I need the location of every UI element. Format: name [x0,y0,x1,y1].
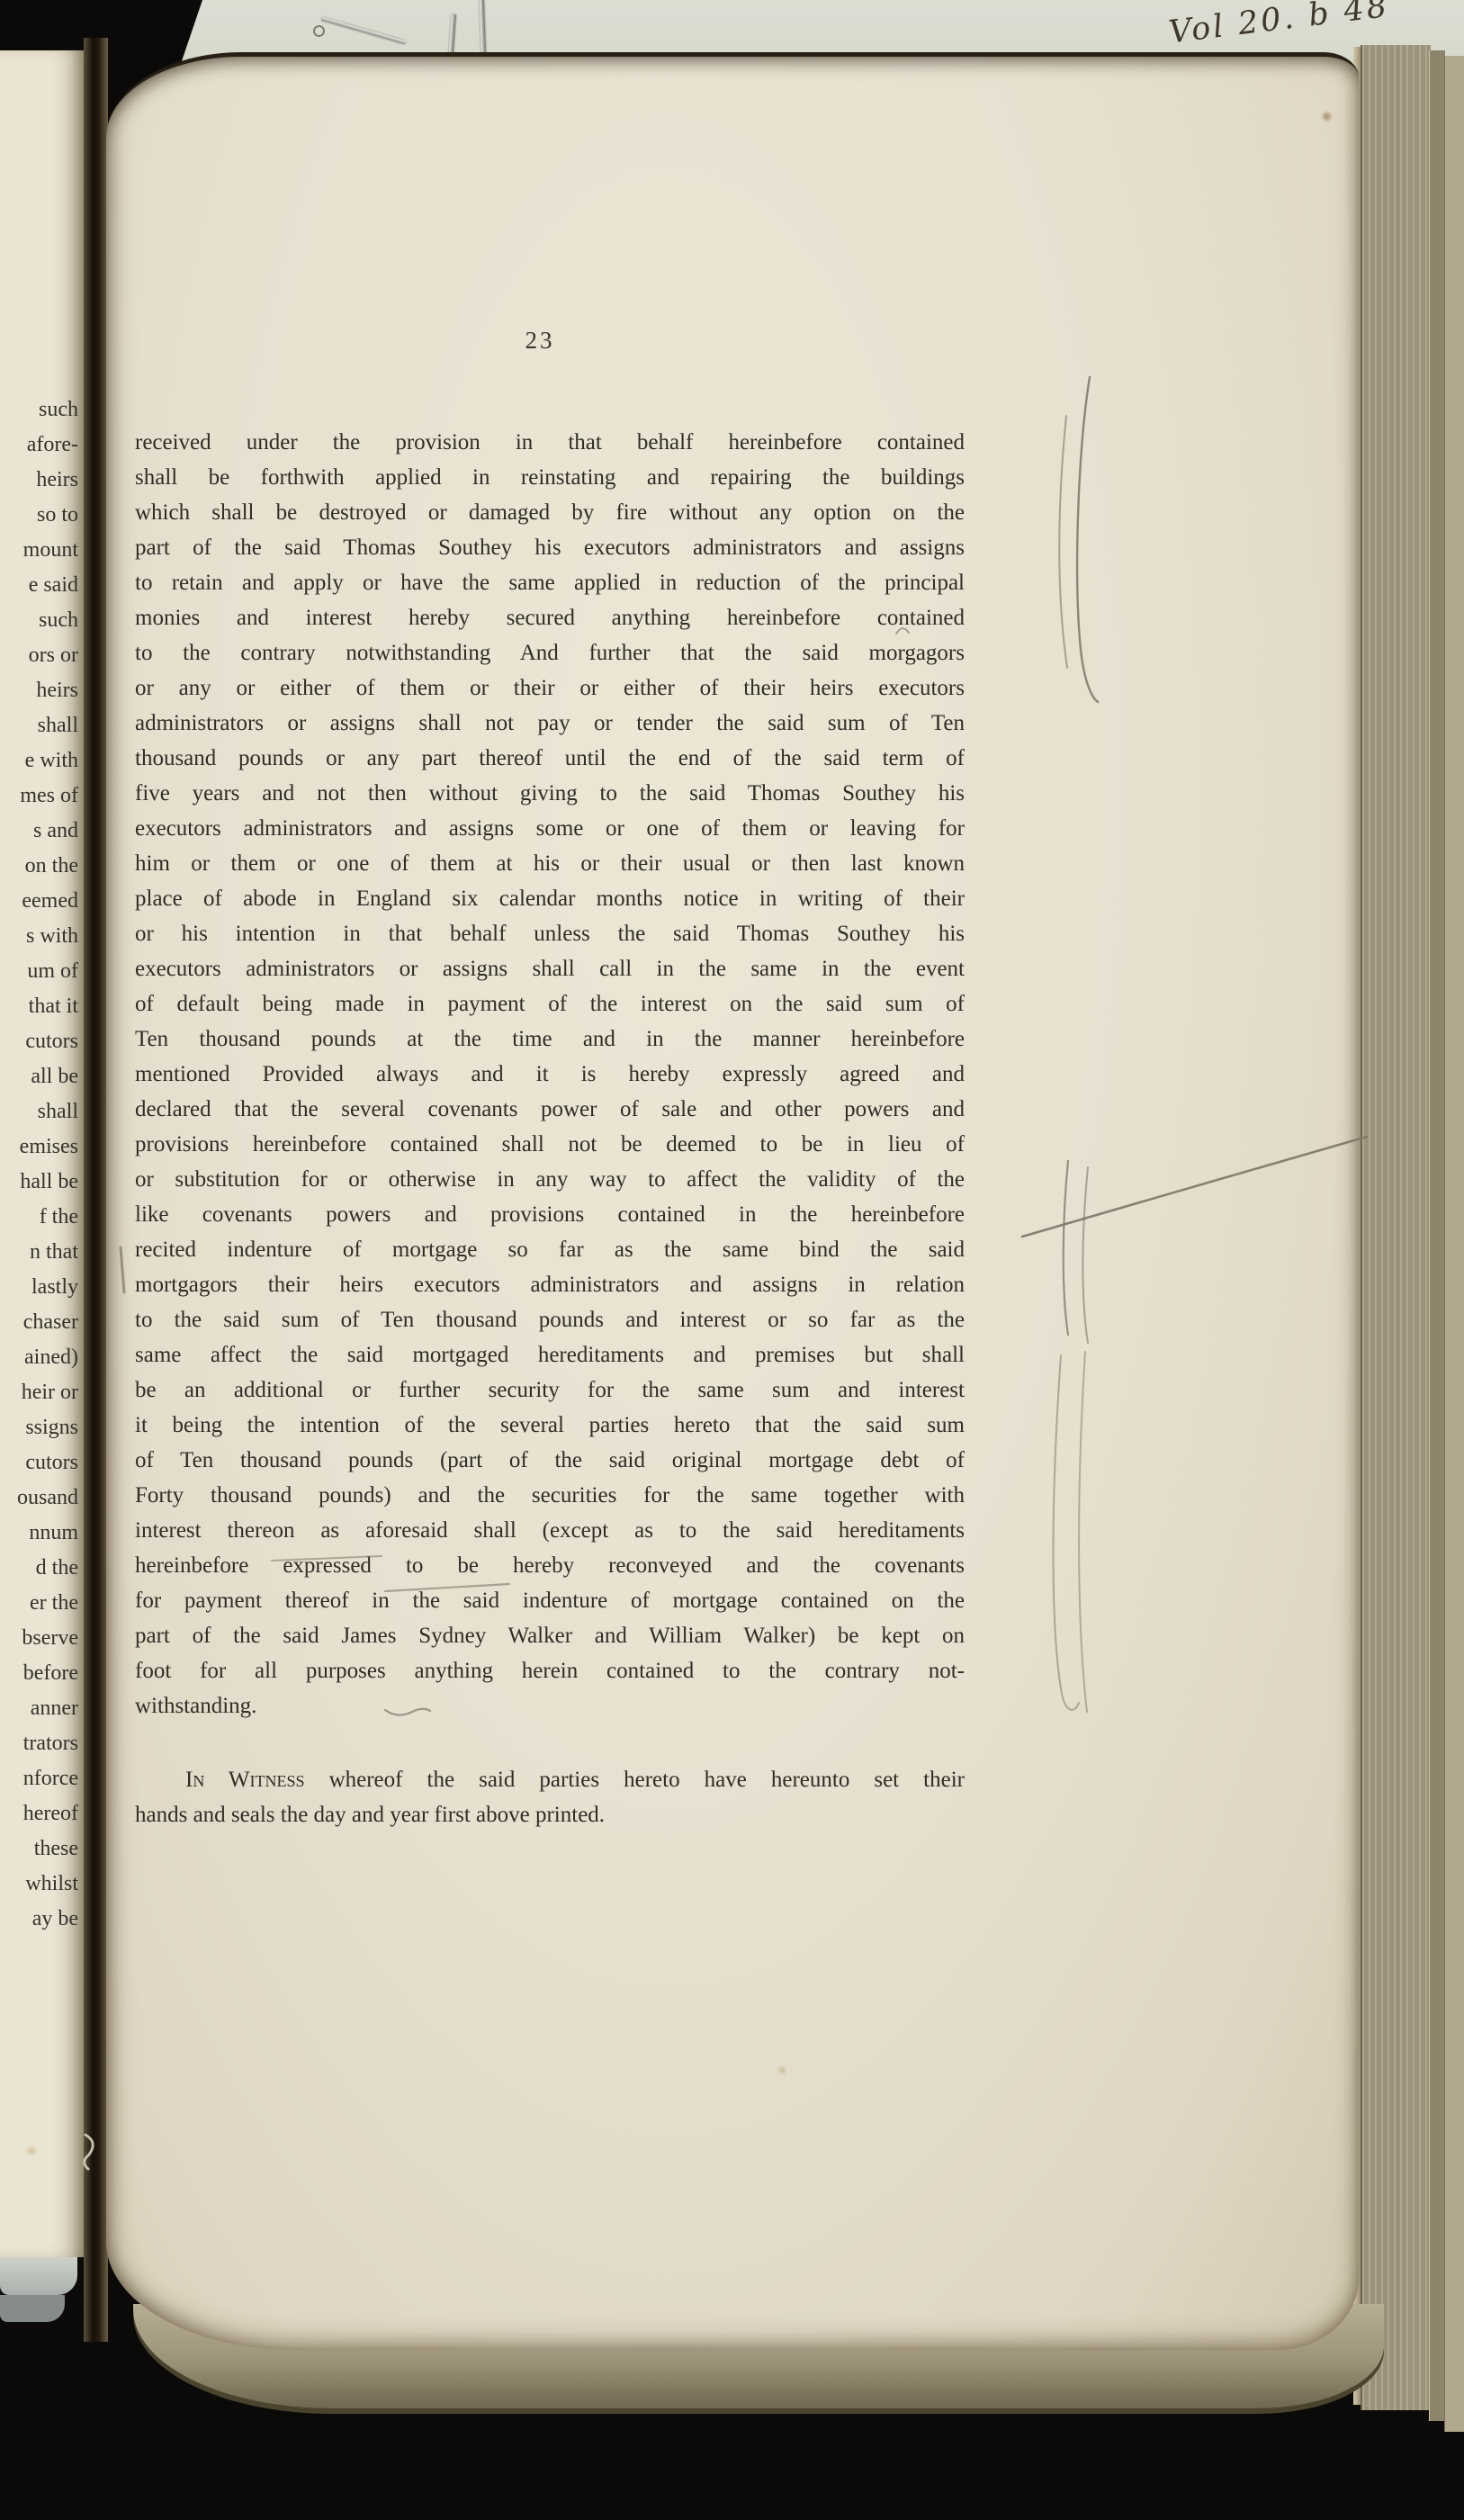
text-fragment: these [1,1831,78,1867]
text-fragment: ay be [1,1902,78,1937]
text-line: like covenants powers and provisions con… [135,1197,965,1232]
text-fragment: hereof [1,1796,78,1831]
text-line: for payment thereof in the said indentur… [135,1583,965,1618]
text-line: Forty thousand pounds) and the securitie… [135,1478,965,1513]
text-line: or substitution for or otherwise in any … [135,1162,965,1197]
text-line: In Witness whereof the said parties here… [135,1762,965,1797]
page-stack-band [1361,45,1431,2410]
text-fragment: heirs [1,673,78,708]
text-fragment: anner [1,1691,78,1726]
text-fragment: er the [1,1586,78,1621]
page-stack-band [1444,56,1464,2432]
text-fragment: n that [1,1235,78,1270]
text-line: it being the intention of the several pa… [135,1408,965,1443]
page-stack-band [1429,50,1445,2421]
book-photo: Vol 20. b 48 suchafore-heirsso tomounte … [0,0,1464,2520]
text-line: foot for all purposes anything herein co… [135,1653,965,1688]
text-fragment: on the [1,849,78,884]
text-line: executors administrators or assigns shal… [135,951,965,986]
text-fragment: s with [1,919,78,954]
text-fragment: before [1,1656,78,1691]
text-fragment: heir or [1,1375,78,1410]
text-line: of default being made in payment of the … [135,986,965,1021]
facing-page-text-fragments: suchafore-heirsso tomounte saidsuchors o… [1,392,78,1937]
text-fragment: such [1,603,78,638]
needle-eye-icon [311,23,326,38]
text-line: him or them or one of them at his or the… [135,846,965,881]
text-line: part of the said Thomas Southey his exec… [135,530,965,565]
text-fragment: that it [1,989,78,1024]
needle-icon [321,17,405,44]
text-fragment: shall [1,1094,78,1129]
witness-rest: whereof the said parties hereto have her… [305,1768,965,1792]
text-line: to the said sum of Ten thousand pounds a… [135,1302,965,1337]
text-fragment: mount [1,533,78,568]
text-line: of Ten thousand pounds (part of the said… [135,1443,965,1478]
text-line: withstanding. [135,1688,965,1723]
text-fragment: ors or [1,638,78,673]
page-number: 23 [486,327,594,355]
text-line: mentioned Provided always and it is here… [135,1057,965,1092]
text-fragment: ousand [1,1480,78,1516]
text-line: interest thereon as aforesaid shall (exc… [135,1513,965,1548]
text-line: be an additional or further security for… [135,1372,965,1408]
text-line: received under the provision in that beh… [135,425,965,460]
text-fragment: such [1,392,78,427]
text-line: mortgagors their heirs executors adminis… [135,1267,965,1302]
text-fragment: all be [1,1059,78,1094]
text-fragment: ssigns [1,1410,78,1445]
text-line: administrators or assigns shall not pay … [135,706,965,741]
text-line: hands and seals the day and year first a… [135,1797,965,1832]
handwritten-volume-note: Vol 20. b 48 [1167,0,1464,51]
text-fragment: mes of [1,778,78,814]
text-fragment: d the [1,1551,78,1586]
text-line: declared that the several covenants powe… [135,1092,965,1127]
text-fragment: whilst [1,1867,78,1902]
text-line: monies and interest hereby secured anyth… [135,600,965,635]
text-line: place of abode in England six calendar m… [135,881,965,916]
pin-icon [480,0,486,59]
text-fragment: lastly [1,1270,78,1305]
text-fragment: emises [1,1129,78,1165]
text-fragment: nforce [1,1761,78,1796]
main-page: 23 received under the provision in that … [106,52,1359,2350]
text-fragment: cutors [1,1445,78,1480]
text-line: or any or either of them or their or eit… [135,670,965,706]
facing-page-strip: suchafore-heirsso tomounte saidsuchors o… [0,50,84,2257]
text-fragment: cutors [1,1024,78,1059]
facing-page-bottom-edge [0,2257,77,2295]
text-line: which shall be destroyed or damaged by f… [135,495,965,530]
text-fragment: chaser [1,1305,78,1340]
text-fragment: s and [1,814,78,849]
facing-page-bottom-edge [0,2295,65,2322]
text-fragment: shall [1,708,78,743]
text-fragment: trators [1,1726,78,1761]
text-line: to the contrary notwithstanding And furt… [135,635,965,670]
book-gutter [84,38,108,2342]
text-fragment: bserve [1,1621,78,1656]
text-line: Ten thousand pounds at the time and in t… [135,1021,965,1057]
text-fragment: heirs [1,463,78,498]
age-spot [27,2147,36,2155]
text-line: or his intention in that behalf unless t… [135,916,965,951]
text-line: provisions hereinbefore contained shall … [135,1127,965,1162]
witness-paragraph: In Witness whereof the said parties here… [135,1762,965,1832]
text-fragment: um of [1,954,78,989]
text-fragment: hall be [1,1165,78,1200]
text-line: thousand pounds or any part thereof unti… [135,741,965,776]
text-fragment: e with [1,743,78,778]
body-text: received under the provision in that beh… [135,425,965,1723]
text-line: to retain and apply or have the same app… [135,565,965,600]
text-line: recited indenture of mortgage so far as … [135,1232,965,1267]
age-spot [1323,112,1331,121]
text-fragment: ained) [1,1340,78,1375]
age-spot [779,2067,786,2074]
witness-smallcaps: In Witness [185,1768,305,1792]
text-line: same affect the said mortgaged hereditam… [135,1337,965,1372]
text-line: hereinbefore expressed to be hereby reco… [135,1548,965,1583]
text-line: shall be forthwith applied in reinstatin… [135,460,965,495]
text-fragment: eemed [1,884,78,919]
text-line: executors administrators and assigns som… [135,811,965,846]
text-fragment: afore- [1,427,78,463]
text-fragment: nnum [1,1516,78,1551]
text-line: five years and not then without giving t… [135,776,965,811]
text-fragment: f the [1,1200,78,1235]
text-fragment: e said [1,568,78,603]
text-fragment: so to [1,498,78,533]
text-line: part of the said James Sydney Walker and… [135,1618,965,1653]
